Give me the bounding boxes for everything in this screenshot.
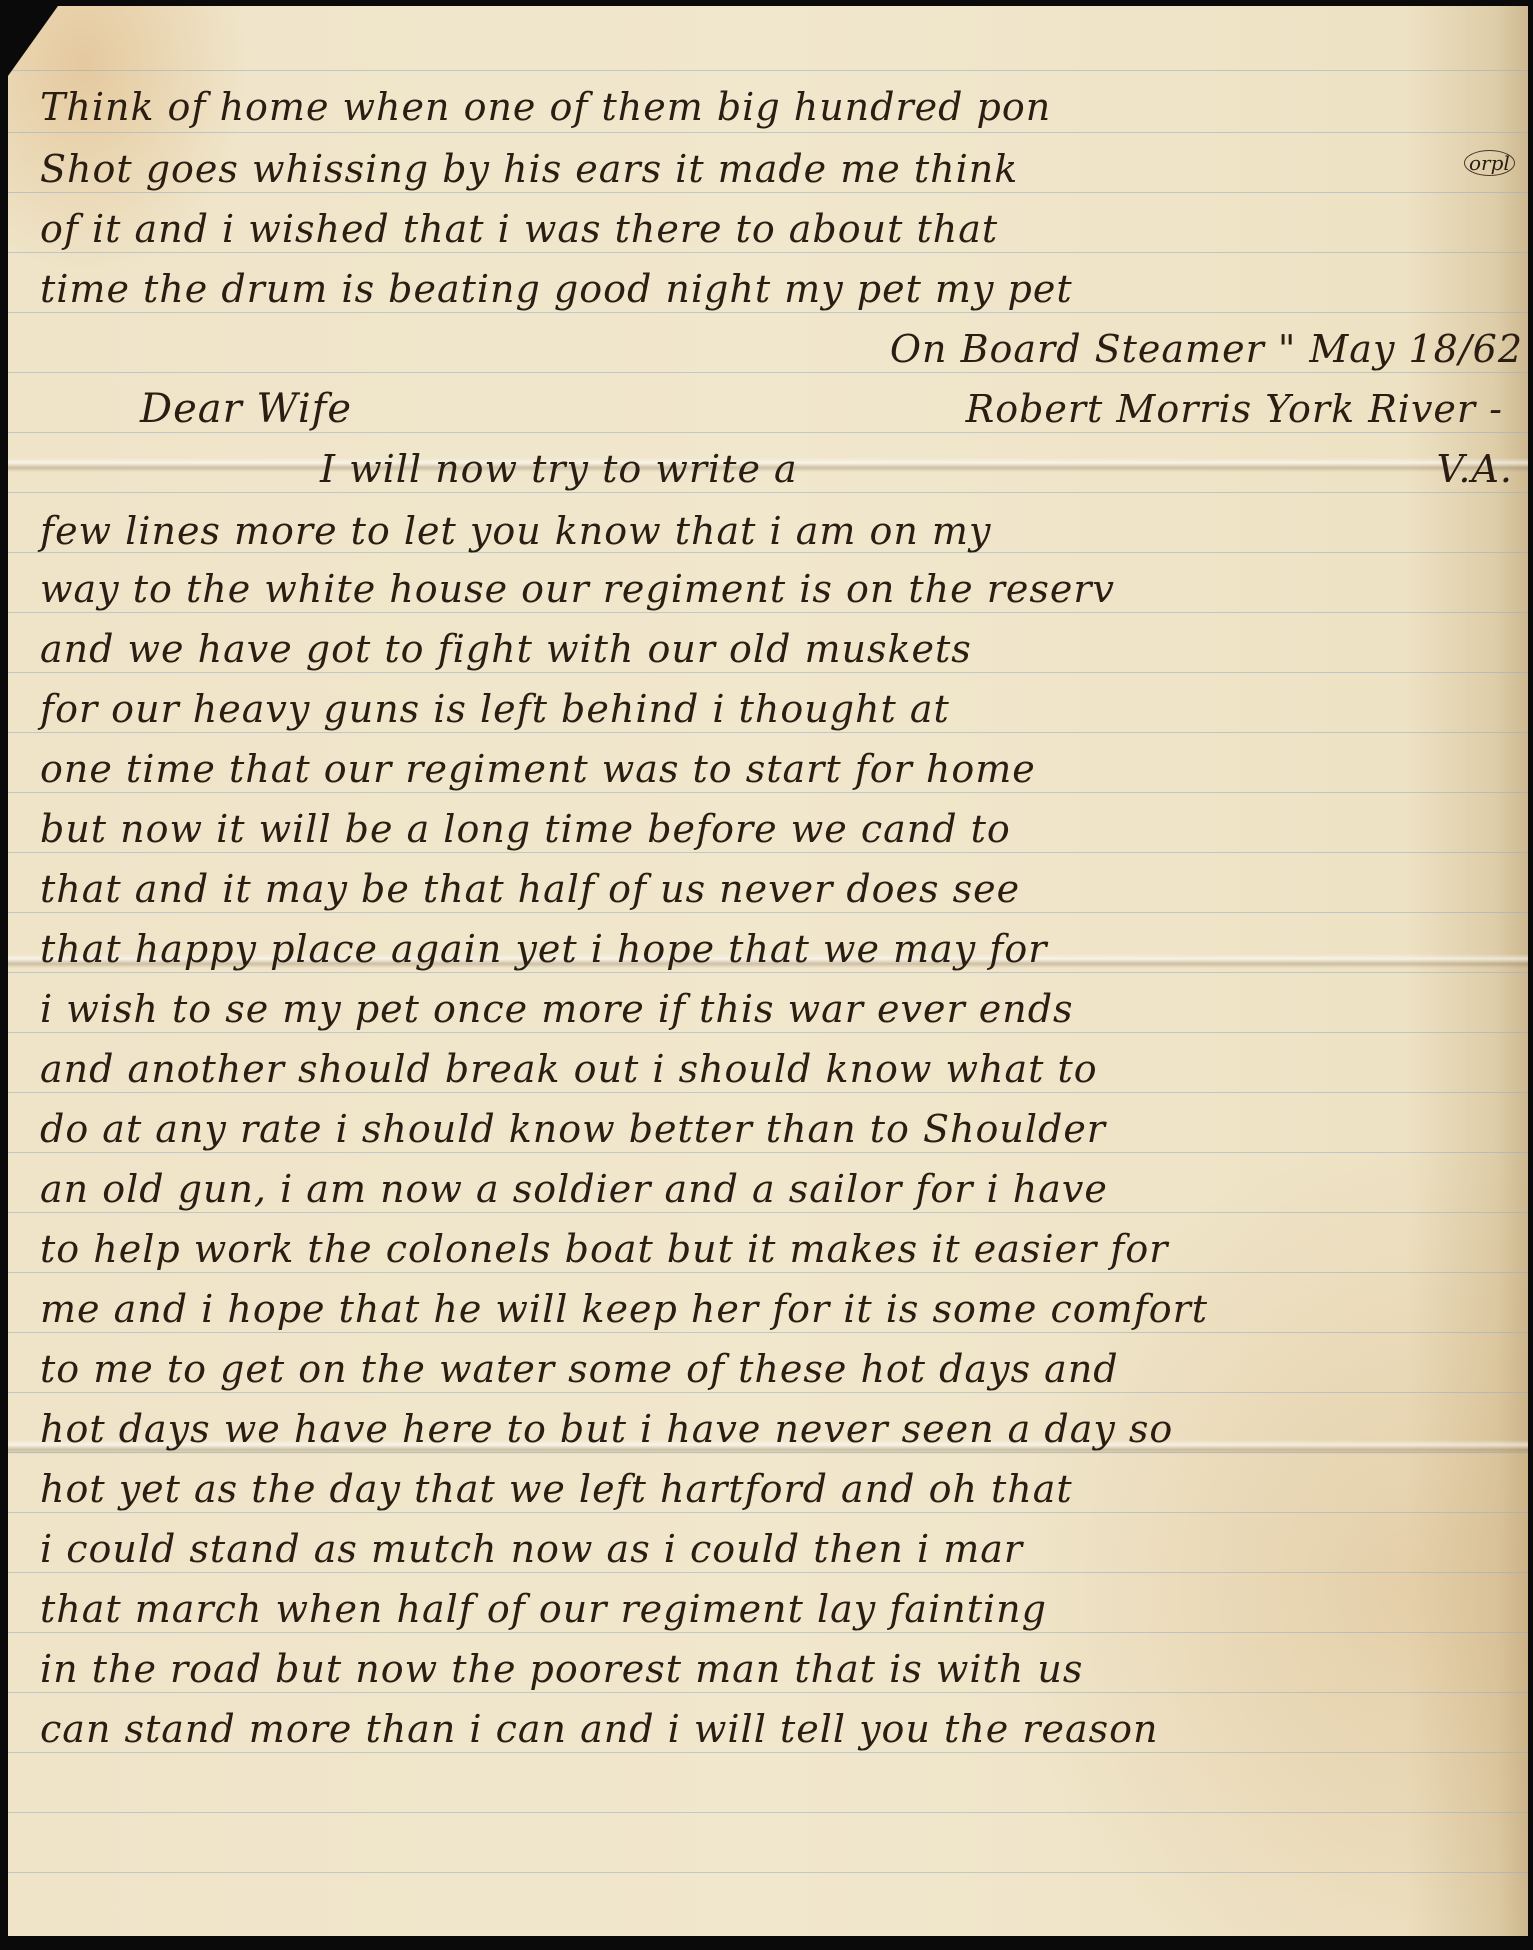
ruling-line: [8, 1872, 1528, 1873]
letter-line: and another should break out i should kn…: [40, 1046, 1520, 1092]
ruling-line: [8, 70, 1528, 71]
letter-line: that and it may be that half of us never…: [40, 866, 1520, 912]
letter-line: way to the white house our regiment is o…: [40, 566, 1520, 612]
ruling-line: [8, 1392, 1528, 1393]
ruling-line: [8, 1212, 1528, 1213]
ruling-line: [8, 372, 1528, 373]
letter-line: to me to get on the water some of these …: [40, 1346, 1520, 1392]
ruling-line: [8, 1152, 1528, 1153]
ruling-line: [8, 1092, 1528, 1093]
ruling-line: [8, 1632, 1528, 1633]
letter-line: one time that our regiment was to start …: [40, 746, 1520, 792]
ruling-line: [8, 252, 1528, 253]
ruling-line: [8, 792, 1528, 793]
ruling-line: [8, 1752, 1528, 1753]
letter-line: for our heavy guns is left behind i thou…: [40, 686, 1520, 732]
ruling-line: [8, 312, 1528, 313]
letter-line: i wish to se my pet once more if this wa…: [40, 986, 1520, 1032]
letter-line: that march when half of our regiment lay…: [40, 1586, 1520, 1632]
ruling-line: [8, 432, 1528, 433]
ruling-line: [8, 492, 1528, 493]
margin-insert: orpl: [1464, 150, 1515, 176]
dateline-state: V.A.: [33, 446, 1513, 492]
letter-line: to help work the colonels boat but it ma…: [40, 1226, 1520, 1272]
letter-line: and we have got to fight with our old mu…: [40, 626, 1520, 672]
ruling-line: [8, 132, 1528, 133]
scanned-page-background: Think of home when one of them big hundr…: [0, 0, 1533, 1950]
ruling-line: [8, 192, 1528, 193]
ruling-line: [8, 1812, 1528, 1813]
letter-line: can stand more than i can and i will tel…: [40, 1706, 1520, 1752]
ruling-line: [8, 1692, 1528, 1693]
letter-line: do at any rate i should know better than…: [40, 1106, 1520, 1152]
ruling-line: [8, 1272, 1528, 1273]
letter-line: Think of home when one of them big hundr…: [40, 84, 1520, 130]
letter-line: of it and i wished that i was there to a…: [40, 206, 1520, 252]
ruling-line: [8, 1332, 1528, 1333]
letter-line: i could stand as mutch now as i could th…: [40, 1526, 1520, 1572]
ruling-line: [8, 852, 1528, 853]
ruling-line: [8, 732, 1528, 733]
letter-line: that happy place again yet i hope that w…: [40, 926, 1520, 972]
ruling-line: [8, 1572, 1528, 1573]
ruling-line: [8, 912, 1528, 913]
letter-line: few lines more to let you know that i am…: [40, 508, 1520, 554]
letter-line: Shot goes whissing by his ears it made m…: [40, 146, 1520, 192]
ruling-line: [8, 672, 1528, 673]
letter-line: but now it will be a long time before we…: [40, 806, 1520, 852]
letter-line: hot yet as the day that we left hartford…: [40, 1466, 1520, 1512]
letter-line: me and i hope that he will keep her for …: [40, 1286, 1520, 1332]
letter-line: an old gun, i am now a soldier and a sai…: [40, 1166, 1520, 1212]
letter-line: in the road but now the poorest man that…: [40, 1646, 1520, 1692]
dateline-place-date: On Board Steamer " May 18/62: [43, 326, 1523, 372]
letter-line: hot days we have here to but i have neve…: [40, 1406, 1520, 1452]
ruling-line: [8, 1512, 1528, 1513]
ruling-line: [8, 1032, 1528, 1033]
dateline-vessel-location: Robert Morris York River -: [23, 386, 1503, 432]
letter-line: time the drum is beating good night my p…: [40, 266, 1520, 312]
ruling-line: [8, 972, 1528, 973]
ruling-line: [8, 612, 1528, 613]
